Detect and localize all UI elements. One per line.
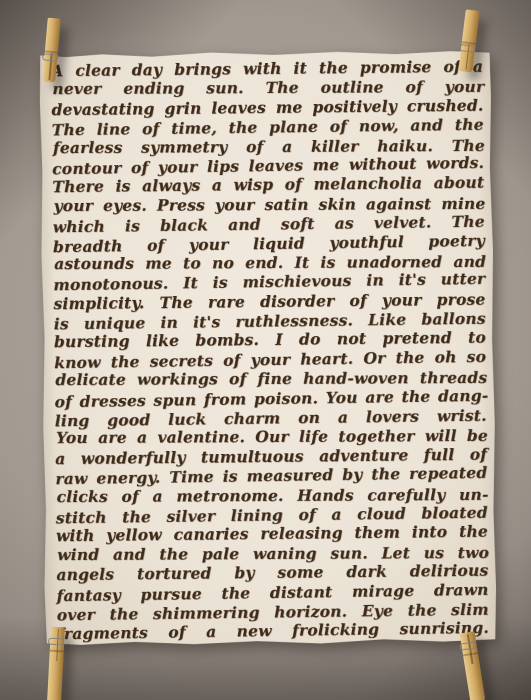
clothespin-spring-wire-icon	[48, 637, 64, 645]
clothespin-spring-wire-icon	[42, 53, 59, 61]
letter-line: You are a valentine. Our life together w…	[56, 426, 488, 448]
clothespin-bottom-left	[47, 627, 65, 700]
letter-text: A clear day brings with it the promise o…	[39, 50, 497, 647]
clothespin-spring-wire-icon	[459, 44, 476, 53]
letter-paper: A clear day brings with it the promise o…	[39, 50, 497, 647]
letter-line: wind and the pale waning sun. Let us two	[57, 543, 489, 565]
photo-scene: A clear day brings with it the promise o…	[0, 0, 531, 700]
clothespin-spring-wire-icon	[459, 641, 476, 650]
paper-sheet: A clear day brings with it the promise o…	[39, 50, 497, 647]
letter-line: never ending sun. The outline of your	[52, 77, 484, 99]
